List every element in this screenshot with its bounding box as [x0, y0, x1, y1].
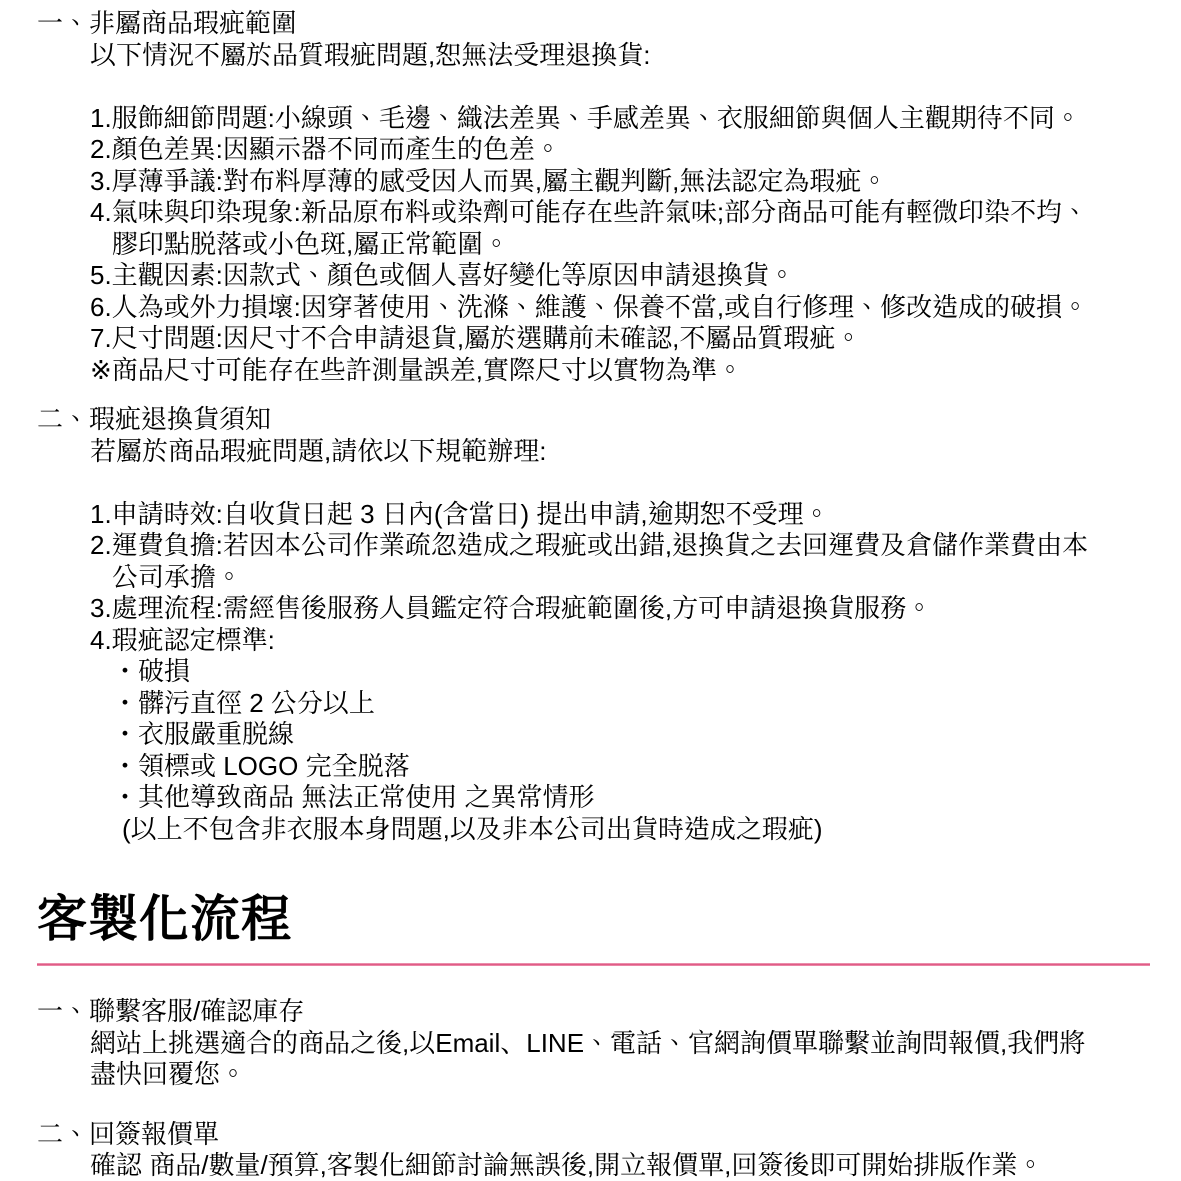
list-item: 4.瑕疵認定標準: [90, 625, 1181, 657]
section-title: 一、非屬商品瑕疵範圍 [37, 8, 1181, 40]
step-body: 網站上挑選適合的商品之後,以Email、LINE、電話、官網詢價單聯繫並詢問報價… [90, 1028, 1181, 1060]
step-body: 盡快回覆您。 [90, 1059, 1181, 1091]
list-item: 1.服飾細節問題:小線頭、毛邊、織法差異、手感差異、衣服細節與個人主觀期待不同。 [90, 103, 1181, 135]
list-item: 5.主觀因素:因款式、顏色或個人喜好變化等原因申請退換貨。 [90, 260, 1181, 292]
section-intro: 以下情況不屬於品質瑕疵問題,恕無法受理退換貨: [90, 40, 1181, 72]
list-item: 2.顏色差異:因顯示器不同而產生的色差。 [90, 134, 1181, 166]
spacer [0, 71, 1181, 103]
list-item: 4.氣味與印染現象:新品原布料或染劑可能存在些許氣味;部分商品可能有輕微印染不均… [90, 197, 1181, 229]
page-title: 客製化流程 [37, 891, 1181, 947]
bullet-exclusion-note: (以上不包含非衣服本身問題,以及非本公司出貨時造成之瑕疵) [122, 814, 1181, 846]
bullet-item: ・破損 [112, 656, 1181, 688]
bullet-item: ・髒污直徑 2 公分以上 [112, 688, 1181, 720]
size-tolerance-note: ※商品尺寸可能存在些許測量誤差,實際尺寸以實物為準。 [90, 355, 1181, 387]
section-customization-process: 客製化流程 一、聯繫客服/確認庫存 網站上挑選適合的商品之後,以Email、LI… [0, 891, 1181, 1181]
list-item-continuation: 膠印點脱落或小色斑,屬正常範圍。 [112, 229, 1181, 261]
pink-divider-line [37, 963, 1150, 966]
bullet-item: ・領標或 LOGO 完全脱落 [112, 751, 1181, 783]
step-body: 確認 商品/數量/預算,客製化細節討論無誤後,開立報價單,回簽後即可開始排版作業… [90, 1150, 1181, 1181]
list-item-continuation: 公司承擔。 [112, 562, 1181, 594]
list-item: 1.申請時效:自收貨日起 3 日內(含當日) 提出申請,逾期恕不受理。 [90, 499, 1181, 531]
section-intro: 若屬於商品瑕疵問題,請依以下規範辦理: [90, 436, 1181, 468]
list-item: 7.尺寸問題:因尺寸不合申請退貨,屬於選購前未確認,不屬品質瑕疵。 [90, 323, 1181, 355]
step-title: 一、聯繫客服/確認庫存 [37, 996, 1181, 1028]
section-title: 二、瑕疵退換貨須知 [37, 404, 1181, 436]
bullet-item: ・其他導致商品 無法正常使用 之異常情形 [112, 782, 1181, 814]
spacer [0, 467, 1181, 499]
list-item: 3.厚薄爭議:對布料厚薄的感受因人而異,屬主觀判斷,無法認定為瑕疵。 [90, 166, 1181, 198]
section-defect-return-notice: 二、瑕疵退換貨須知 若屬於商品瑕疵問題,請依以下規範辦理: 1.申請時效:自收貨… [0, 404, 1181, 845]
step-title: 二、回簽報價單 [37, 1119, 1181, 1151]
list-item: 3.處理流程:需經售後服務人員鑑定符合瑕疵範圍後,方可申請退換貨服務。 [90, 593, 1181, 625]
list-item: 6.人為或外力損壞:因穿著使用、洗滌、維護、保養不當,或自行修理、修改造成的破損… [90, 292, 1181, 324]
list-item: 2.運費負擔:若因本公司作業疏忽造成之瑕疵或出錯,退換貨之去回運費及倉儲作業費由… [90, 530, 1181, 562]
section-non-defect-scope: 一、非屬商品瑕疵範圍 以下情況不屬於品質瑕疵問題,恕無法受理退換貨: 1.服飾細… [0, 8, 1181, 386]
bullet-item: ・衣服嚴重脱線 [112, 719, 1181, 751]
policy-document-page: 一、非屬商品瑕疵範圍 以下情況不屬於品質瑕疵問題,恕無法受理退換貨: 1.服飾細… [0, 0, 1181, 1181]
